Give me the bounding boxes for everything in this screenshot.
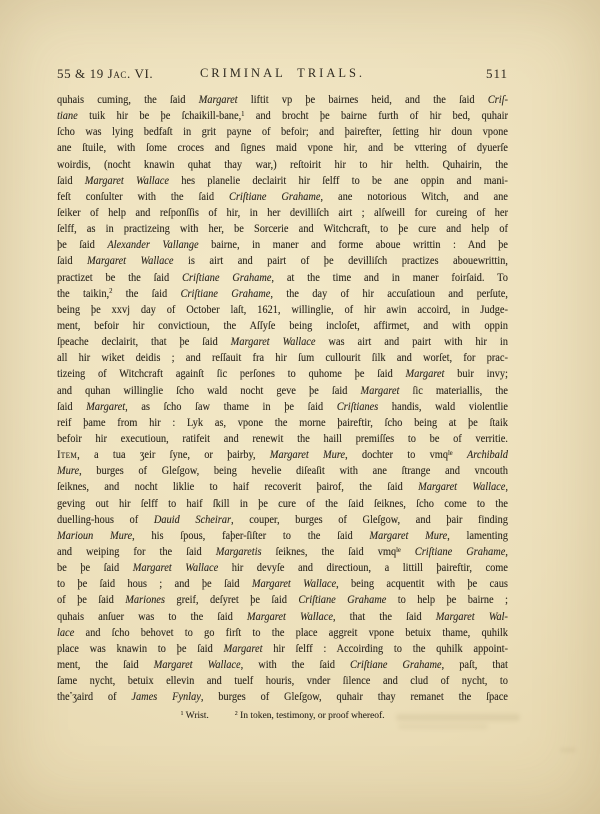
- text-line: of þe ſaid Mariones greif, deſyret þe ſa…: [57, 592, 508, 608]
- text-line: lace and ſcho behovet to go firſt to the…: [57, 625, 508, 641]
- text-line: befoir hir executioun, ratifeit and rene…: [57, 431, 508, 447]
- text-line: all hir wiket deidis ; and reſſauit fra …: [57, 350, 508, 366]
- text-line: ſelff, as in practizeing with her, be So…: [57, 221, 508, 237]
- text-line: being þe xxvj day of October laſt, 1621,…: [57, 302, 508, 318]
- text-line: ſeiknes, and nocht liklie to haif recove…: [57, 479, 508, 495]
- text-line: ment, the ſaid Margaret Wallace, with th…: [57, 657, 508, 673]
- text-line: the″ʒaird of James Fynlay, burges of Gle…: [57, 689, 508, 705]
- text-line: tizeing of Witchcraft againſt ſic perſon…: [57, 366, 508, 382]
- text-line: feſt conſulter with the ſaid Criſtiane G…: [57, 189, 508, 205]
- text-line: ſeiker of help and reſponſſis of hir, in…: [57, 205, 508, 221]
- text-line: ment, befoir hir convictioun, the Aſſyſe…: [57, 318, 508, 334]
- header-page-number: 511: [420, 66, 508, 82]
- text-line: ſame nycht, betuix ellevin and tuelf hou…: [57, 673, 508, 689]
- text-line: reif þame from hir : Lyk as, vpone the m…: [57, 415, 508, 431]
- text-line: duelling-hous of Dauid Scheirar, couper,…: [57, 512, 508, 528]
- text-line: ſpeache declairit, that þe ſaid Margaret…: [57, 334, 508, 350]
- text-line: and quhan willinglie ſcho wald nocht gev…: [57, 383, 508, 399]
- text-line: geving out hir ſelff to haif ſkill in þe…: [57, 496, 508, 512]
- text-line: Marioun Mure, his ſpous, faþer-ſiſter to…: [57, 528, 508, 544]
- text-line: ane ſtuile, with ſome croces and ſignes …: [57, 140, 508, 156]
- text-line: the taikin,2 the ſaid Criſtiane Grahame,…: [57, 286, 508, 302]
- text-line: woirdis, (nocht knawin quhat thay war,) …: [57, 157, 508, 173]
- show-through-smudge: [396, 714, 520, 721]
- show-through-smudge: [398, 724, 488, 729]
- footnote-2: 2 In token, testimony, or proof whereof.: [235, 711, 385, 721]
- text-line: and weiping for the ſaid Margaretis ſeik…: [57, 544, 508, 560]
- text-line: þe ſaid Alexander Vallange bairne, in ma…: [57, 237, 508, 253]
- footnote-1: 1 Wrist.: [180, 711, 208, 721]
- text-line: quhais cuming, the ſaid Margaret liftit …: [57, 92, 508, 108]
- text-line: ſaid Margaret Wallace is airt and pairt …: [57, 253, 508, 269]
- text-line: practizet be the ſaid Criſtiane Grahame,…: [57, 270, 508, 286]
- text-line: tiane tuik hir be þe ſchaikill-bane,1 an…: [57, 108, 508, 124]
- body-text: quhais cuming, the ſaid Margaret liftit …: [57, 92, 508, 705]
- scanned-page: 55 & 19 Jac. VI. CRIMINAL TRIALS. 511 qu…: [0, 0, 600, 814]
- show-through-smudge: [560, 748, 576, 752]
- text-line: place was knawin to þe ſaid Margaret hir…: [57, 641, 508, 657]
- text-line: quhais anſuer was to the ſaid Margaret W…: [57, 609, 508, 625]
- text-line: ſaid Margaret, as ſcho ſaw thame in þe ſ…: [57, 399, 508, 415]
- text-line: Mure, burges of Gleſgow, being hevelie d…: [57, 463, 508, 479]
- text-line: ſaid Margaret Wallace hes planelie decla…: [57, 173, 508, 189]
- text-line: to þe ſaid hous ; and þe ſaid Margaret W…: [57, 576, 508, 592]
- text-line: be þe ſaid Margaret Wallace hir devyſe a…: [57, 560, 508, 576]
- text-line: ſcho was lying bedfaſt in grit payne of …: [57, 124, 508, 140]
- text-line: Item, a tua ʒeir ſyne, or þairby, Margar…: [57, 447, 508, 463]
